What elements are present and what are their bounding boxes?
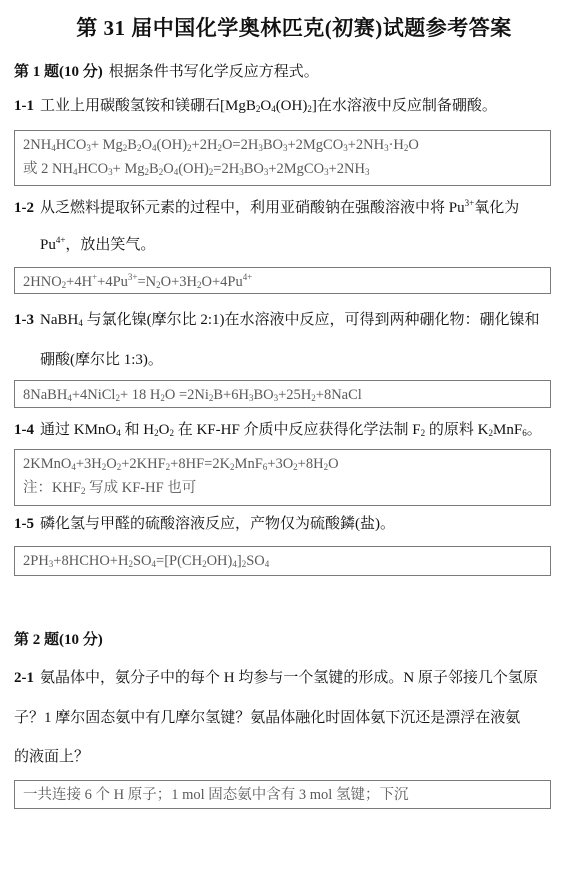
answer-box-2-1: 一共连接 6 个 H 原子；1 mol 固态氨中含有 3 mol 氢键；下沉 bbox=[14, 780, 551, 809]
question-number: 2-1 bbox=[14, 670, 34, 686]
question-1-5: 1-5磷化氢与甲醛的硫酸溶液反应，产物仅为硫酸鏻(盐)。 bbox=[14, 514, 559, 534]
answer-line: 2NH4HCO3+ Mg2B2O4(OH)2+2H2O=2H3BO3+2MgCO… bbox=[23, 133, 542, 157]
question-1-2: 1-2从乏燃料提取钚元素的过程中，利用亚硝酸钠在强酸溶液中将 Pu3+氧化为 bbox=[14, 198, 559, 218]
question-1-1: 1-1工业上用碳酸氢铵和镁硼石[MgB2O4(OH)2]在水溶液中反应制备硼酸。 bbox=[14, 96, 559, 116]
question-number: 1-5 bbox=[14, 516, 34, 532]
answer-line: 8NaBH4+4NiCl2+ 18 H2O =2Ni2B+6H3BO3+25H2… bbox=[23, 383, 542, 407]
answer-line: 2PH3+8HCHO+H2SO4=[P(CH2OH)4]2SO4 bbox=[23, 549, 542, 573]
answer-line: 或 2 NH4HCO3+ Mg2B2O4(OH)2=2H3BO3+2MgCO3+… bbox=[23, 157, 542, 181]
question-1-3: 1-3NaBH4 与氯化镍(摩尔比 2:1)在水溶液中反应，可得到两种硼化物：硼… bbox=[14, 310, 559, 330]
answer-box-1-4: 2KMnO4+3H2O2+2KHF2+8HF=2K2MnF6+3O2+8H2O … bbox=[14, 449, 551, 506]
section-heading-label: 第 1 题(10 分) bbox=[14, 64, 103, 80]
question-text: 磷化氢与甲醛的硫酸溶液反应，产物仅为硫酸鏻(盐)。 bbox=[40, 516, 395, 532]
section-description: 根据条件书写化学反应方程式。 bbox=[109, 64, 319, 80]
answer-box-1-3: 8NaBH4+4NiCl2+ 18 H2O =2Ni2B+6H3BO3+25H2… bbox=[14, 380, 551, 408]
question-text: 氨晶体中，氨分子中的每个 H 均参与一个氢键的形成。N 原子邻接几个氢原 bbox=[40, 670, 538, 686]
question-number: 1-4 bbox=[14, 422, 34, 438]
answer-box-1-1: 2NH4HCO3+ Mg2B2O4(OH)2+2H2O=2H3BO3+2MgCO… bbox=[14, 130, 551, 186]
document-title: 第 31 届中国化学奥林匹克(初赛)试题参考答案 bbox=[0, 12, 588, 42]
answer-box-1-5: 2PH3+8HCHO+H2SO4=[P(CH2OH)4]2SO4 bbox=[14, 546, 551, 576]
question-text: NaBH4 与氯化镍(摩尔比 2:1)在水溶液中反应，可得到两种硼化物：硼化镍和 bbox=[40, 312, 540, 328]
question-2-1: 2-1氨晶体中，氨分子中的每个 H 均参与一个氢键的形成。N 原子邻接几个氢原 bbox=[14, 668, 559, 688]
section-1-heading: 第 1 题(10 分)根据条件书写化学反应方程式。 bbox=[14, 60, 319, 81]
answer-box-1-2: 2HNO2+4H++4Pu3+=N2O+3H2O+4Pu4+ bbox=[14, 267, 551, 294]
question-number: 1-1 bbox=[14, 98, 34, 114]
answer-line: 2KMnO4+3H2O2+2KHF2+8HF=2K2MnF6+3O2+8H2O bbox=[23, 452, 542, 476]
answer-line: 一共连接 6 个 H 原子；1 mol 固态氨中含有 3 mol 氢键；下沉 bbox=[23, 783, 542, 807]
question-1-2-continuation: Pu4+，放出笑气。 bbox=[40, 235, 585, 255]
question-2-1-continuation-2: 的液面上？ bbox=[14, 747, 559, 767]
section-heading-label: 第 2 题(10 分) bbox=[14, 632, 103, 648]
question-text: 工业上用碳酸氢铵和镁硼石[MgB2O4(OH)2]在水溶液中反应制备硼酸。 bbox=[40, 98, 497, 114]
question-number: 1-2 bbox=[14, 200, 34, 216]
question-1-3-continuation: 硼酸(摩尔比 1:3)。 bbox=[40, 350, 585, 370]
question-text: 通过 KMnO4 和 H2O2 在 KF-HF 介质中反应获得化学法制 F2 的… bbox=[40, 422, 542, 438]
question-number: 1-3 bbox=[14, 312, 34, 328]
question-text: 从乏燃料提取钚元素的过程中，利用亚硝酸钠在强酸溶液中将 Pu3+氧化为 bbox=[40, 200, 519, 216]
answer-note: 注：KHF2 写成 KF-HF 也可 bbox=[23, 476, 542, 500]
question-1-4: 1-4通过 KMnO4 和 H2O2 在 KF-HF 介质中反应获得化学法制 F… bbox=[14, 420, 559, 440]
section-2-heading: 第 2 题(10 分) bbox=[14, 628, 103, 649]
answer-line: 2HNO2+4H++4Pu3+=N2O+3H2O+4Pu4+ bbox=[23, 270, 542, 294]
question-2-1-continuation: 子？1 摩尔固态氨中有几摩尔氢键？氨晶体融化时固体氨下沉还是漂浮在液氨 bbox=[14, 708, 559, 728]
